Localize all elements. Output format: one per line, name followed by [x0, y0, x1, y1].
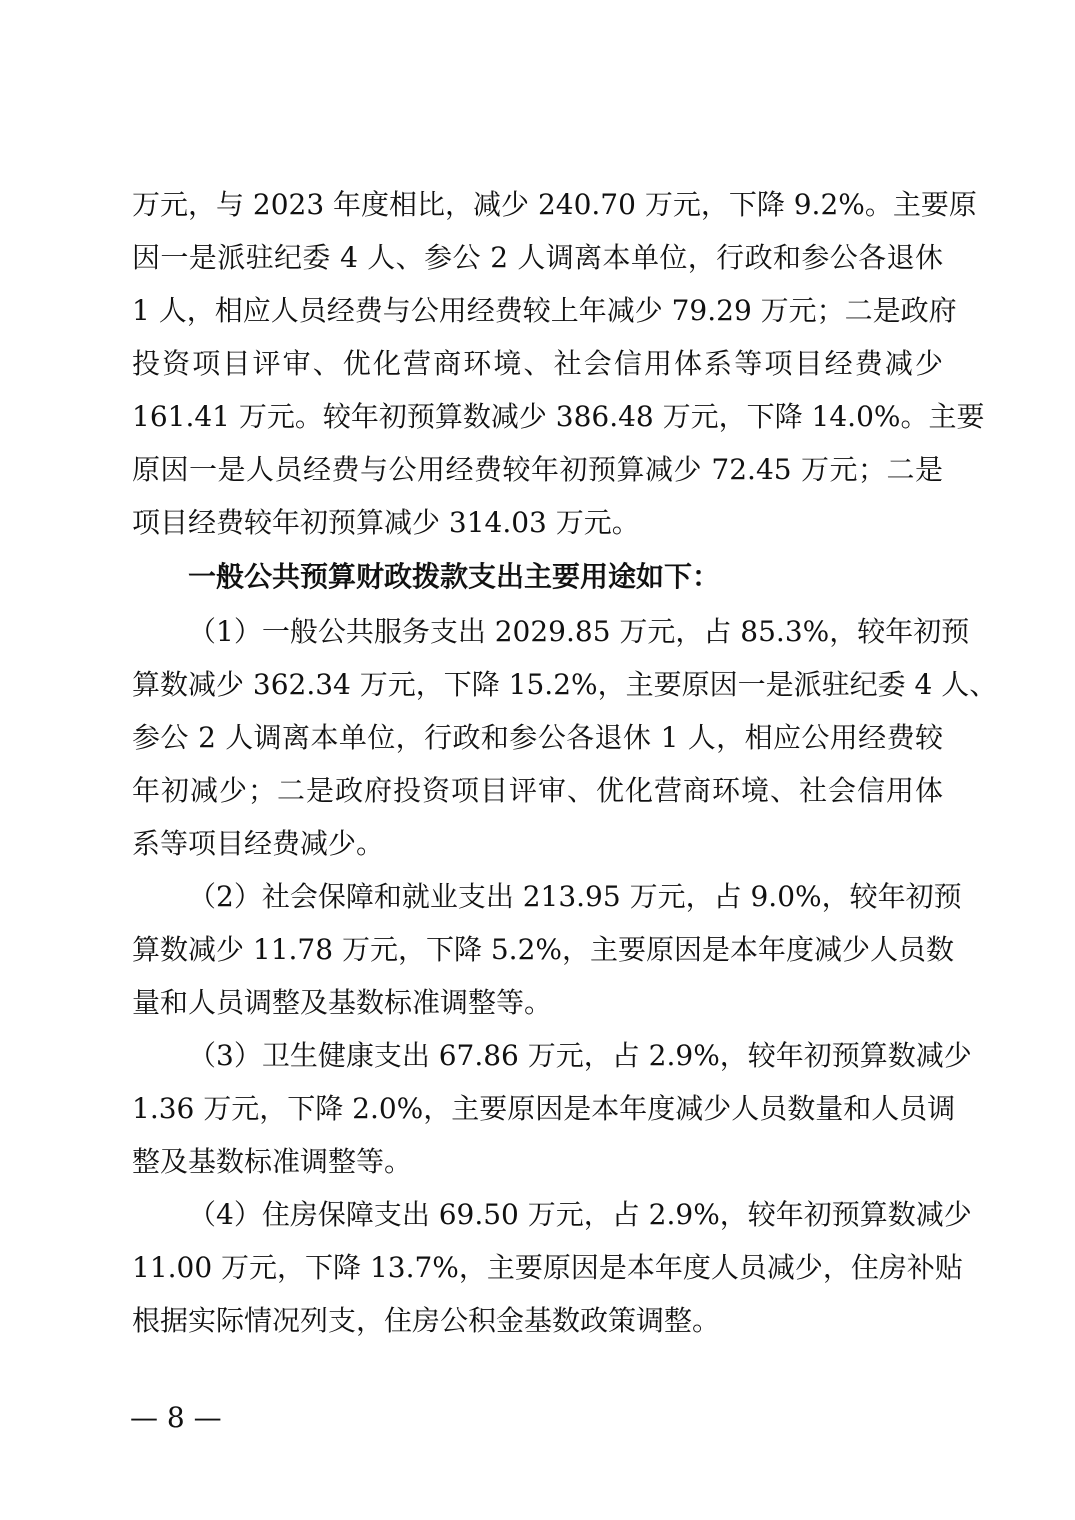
- section-heading: 一般公共预算财政拨款支出主要用途如下：: [188, 557, 943, 597]
- text-line: 11.00 万元，下降 13.7%，主要原因是本年度人员减少，住房补贴: [132, 1248, 943, 1288]
- text-line: 根据实际情况列支，住房公积金基数政策调整。: [132, 1301, 943, 1341]
- page-number: — 8 —: [130, 1398, 222, 1438]
- text-line: （3）卫生健康支出 67.86 万元，占 2.9%，较年初预算数减少: [188, 1036, 943, 1076]
- text-line: 项目经费较年初预算减少 314.03 万元。: [132, 503, 943, 543]
- text-line: 算数减少 362.34 万元，下降 15.2%，主要原因一是派驻纪委 4 人、: [132, 665, 943, 705]
- text-line: 参公 2 人调离本单位，行政和参公各退休 1 人，相应公用经费较: [132, 718, 943, 758]
- text-line: （4）住房保障支出 69.50 万元，占 2.9%，较年初预算数减少: [188, 1195, 943, 1235]
- text-line: （1）一般公共服务支出 2029.85 万元，占 85.3%，较年初预: [188, 612, 943, 652]
- text-line: 原因一是人员经费与公用经费较年初预算减少 72.45 万元；二是: [132, 450, 943, 490]
- text-line: 因一是派驻纪委 4 人、参公 2 人调离本单位，行政和参公各退休: [132, 238, 943, 278]
- text-line: 年初减少；二是政府投资项目评审、优化营商环境、社会信用体: [132, 771, 943, 811]
- text-line: 1.36 万元，下降 2.0%，主要原因是本年度减少人员数量和人员调: [132, 1089, 943, 1129]
- text-line: 算数减少 11.78 万元，下降 5.2%，主要原因是本年度减少人员数: [132, 930, 943, 970]
- text-line: 量和人员调整及基数标准调整等。: [132, 983, 943, 1023]
- text-line: 161.41 万元。较年初预算数减少 386.48 万元，下降 14.0%。主要: [132, 397, 943, 437]
- document-page: 万元，与 2023 年度相比，减少 240.70 万元，下降 9.2%。主要原 …: [0, 0, 1075, 1520]
- text-line: （2）社会保障和就业支出 213.95 万元，占 9.0%，较年初预: [188, 877, 943, 917]
- text-line: 1 人，相应人员经费与公用经费较上年减少 79.29 万元；二是政府: [132, 291, 943, 331]
- text-line: 万元，与 2023 年度相比，减少 240.70 万元，下降 9.2%。主要原: [132, 185, 943, 225]
- text-line: 系等项目经费减少。: [132, 824, 943, 864]
- text-line: 整及基数标准调整等。: [132, 1142, 943, 1182]
- text-line: 投资项目评审、优化营商环境、社会信用体系等项目经费减少: [132, 344, 943, 384]
